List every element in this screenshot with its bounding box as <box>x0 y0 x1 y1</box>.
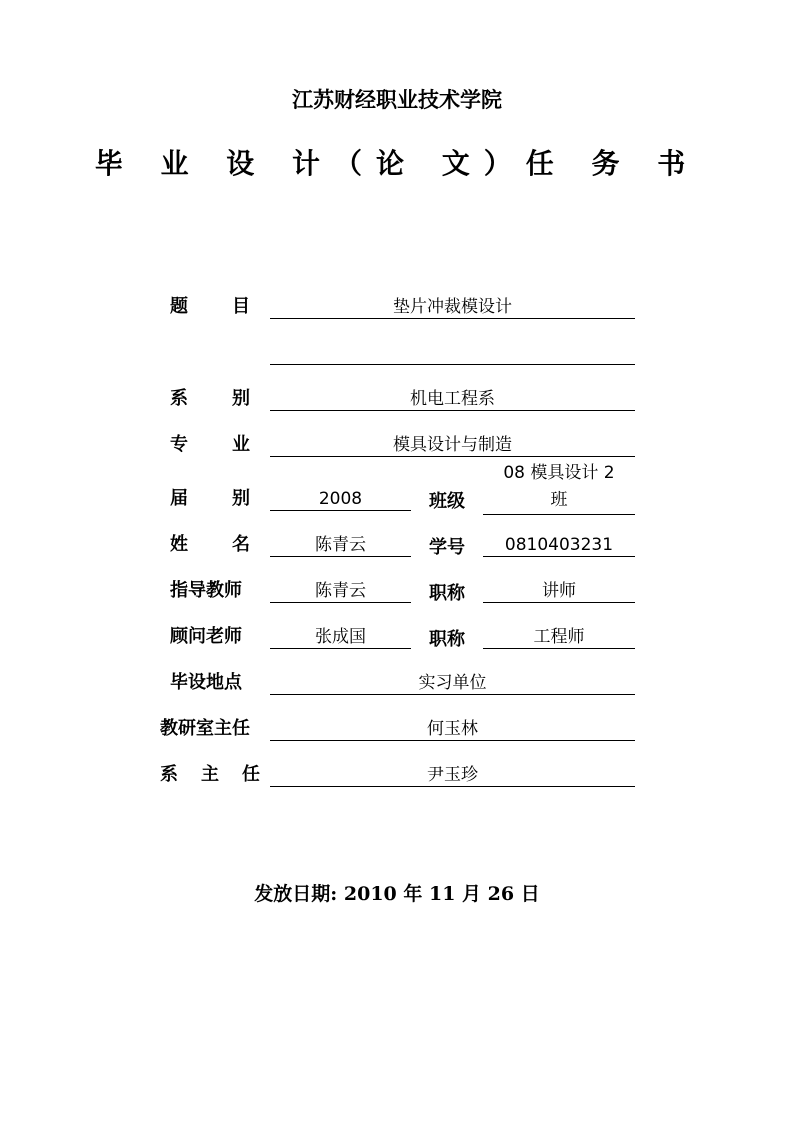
cohort-label: 届 别 <box>170 487 250 511</box>
advisor-field[interactable]: 陈青云 <box>270 580 411 603</box>
label-char: 别 <box>232 487 250 511</box>
office-director-label: 教研室主任 <box>160 717 260 741</box>
school-name: 江苏财经职业技术学院 <box>0 84 794 114</box>
dept-head-label: 系 主 任 <box>160 763 260 787</box>
label-char: 业 <box>232 433 250 457</box>
label-char: 系 <box>160 763 178 787</box>
department-field[interactable]: 机电工程系 <box>270 388 635 411</box>
topic-field-line2[interactable] <box>270 342 635 365</box>
student-id-field[interactable]: 0810403231 <box>483 534 635 557</box>
label-char: 系 <box>170 387 188 411</box>
label-char: 题 <box>170 295 188 319</box>
label-char: 名 <box>232 533 250 557</box>
advisor-title-label: 职称 <box>411 579 483 605</box>
label-char: 任 <box>242 763 260 787</box>
advisor-label: 指导教师 <box>170 579 250 603</box>
issue-date: 发放日期: 2010 年 11 月 26 日 <box>0 879 794 906</box>
label-char: 专 <box>170 433 188 457</box>
label-char: 届 <box>170 487 188 511</box>
document-title: 毕 业 设 计（论 文）任 务 书 <box>0 142 794 182</box>
name-field[interactable]: 陈青云 <box>270 534 411 557</box>
class-value-line2: 班 <box>483 487 635 514</box>
class-label: 班级 <box>411 487 483 513</box>
name-label: 姓 名 <box>170 533 250 557</box>
consultant-title-field[interactable]: 工程师 <box>483 626 635 649</box>
label-char: 主 <box>201 763 219 787</box>
topic-field[interactable]: 垫片冲裁模设计 <box>270 296 635 319</box>
student-id-label: 学号 <box>411 533 483 559</box>
office-director-field[interactable]: 何玉林 <box>270 718 635 741</box>
label-char: 目 <box>232 295 250 319</box>
dept-head-field[interactable]: 尹玉珍 <box>270 764 635 787</box>
cohort-field[interactable]: 2008 <box>270 488 411 511</box>
consultant-label: 顾问老师 <box>170 625 250 649</box>
location-label: 毕设地点 <box>170 671 250 695</box>
major-field[interactable]: 模具设计与制造 <box>270 434 635 457</box>
department-label: 系 别 <box>170 387 250 411</box>
topic-label: 题 目 <box>170 295 250 319</box>
consultant-field[interactable]: 张成国 <box>270 626 411 649</box>
advisor-title-field[interactable]: 讲师 <box>483 580 635 603</box>
class-value-line1: 08 模具设计 2 <box>483 460 635 487</box>
major-label: 专 业 <box>170 433 250 457</box>
location-field[interactable]: 实习单位 <box>270 672 635 695</box>
class-field[interactable]: 08 模具设计 2 班 <box>483 460 635 515</box>
label-char: 别 <box>232 387 250 411</box>
label-char: 姓 <box>170 533 188 557</box>
consultant-title-label: 职称 <box>411 625 483 651</box>
